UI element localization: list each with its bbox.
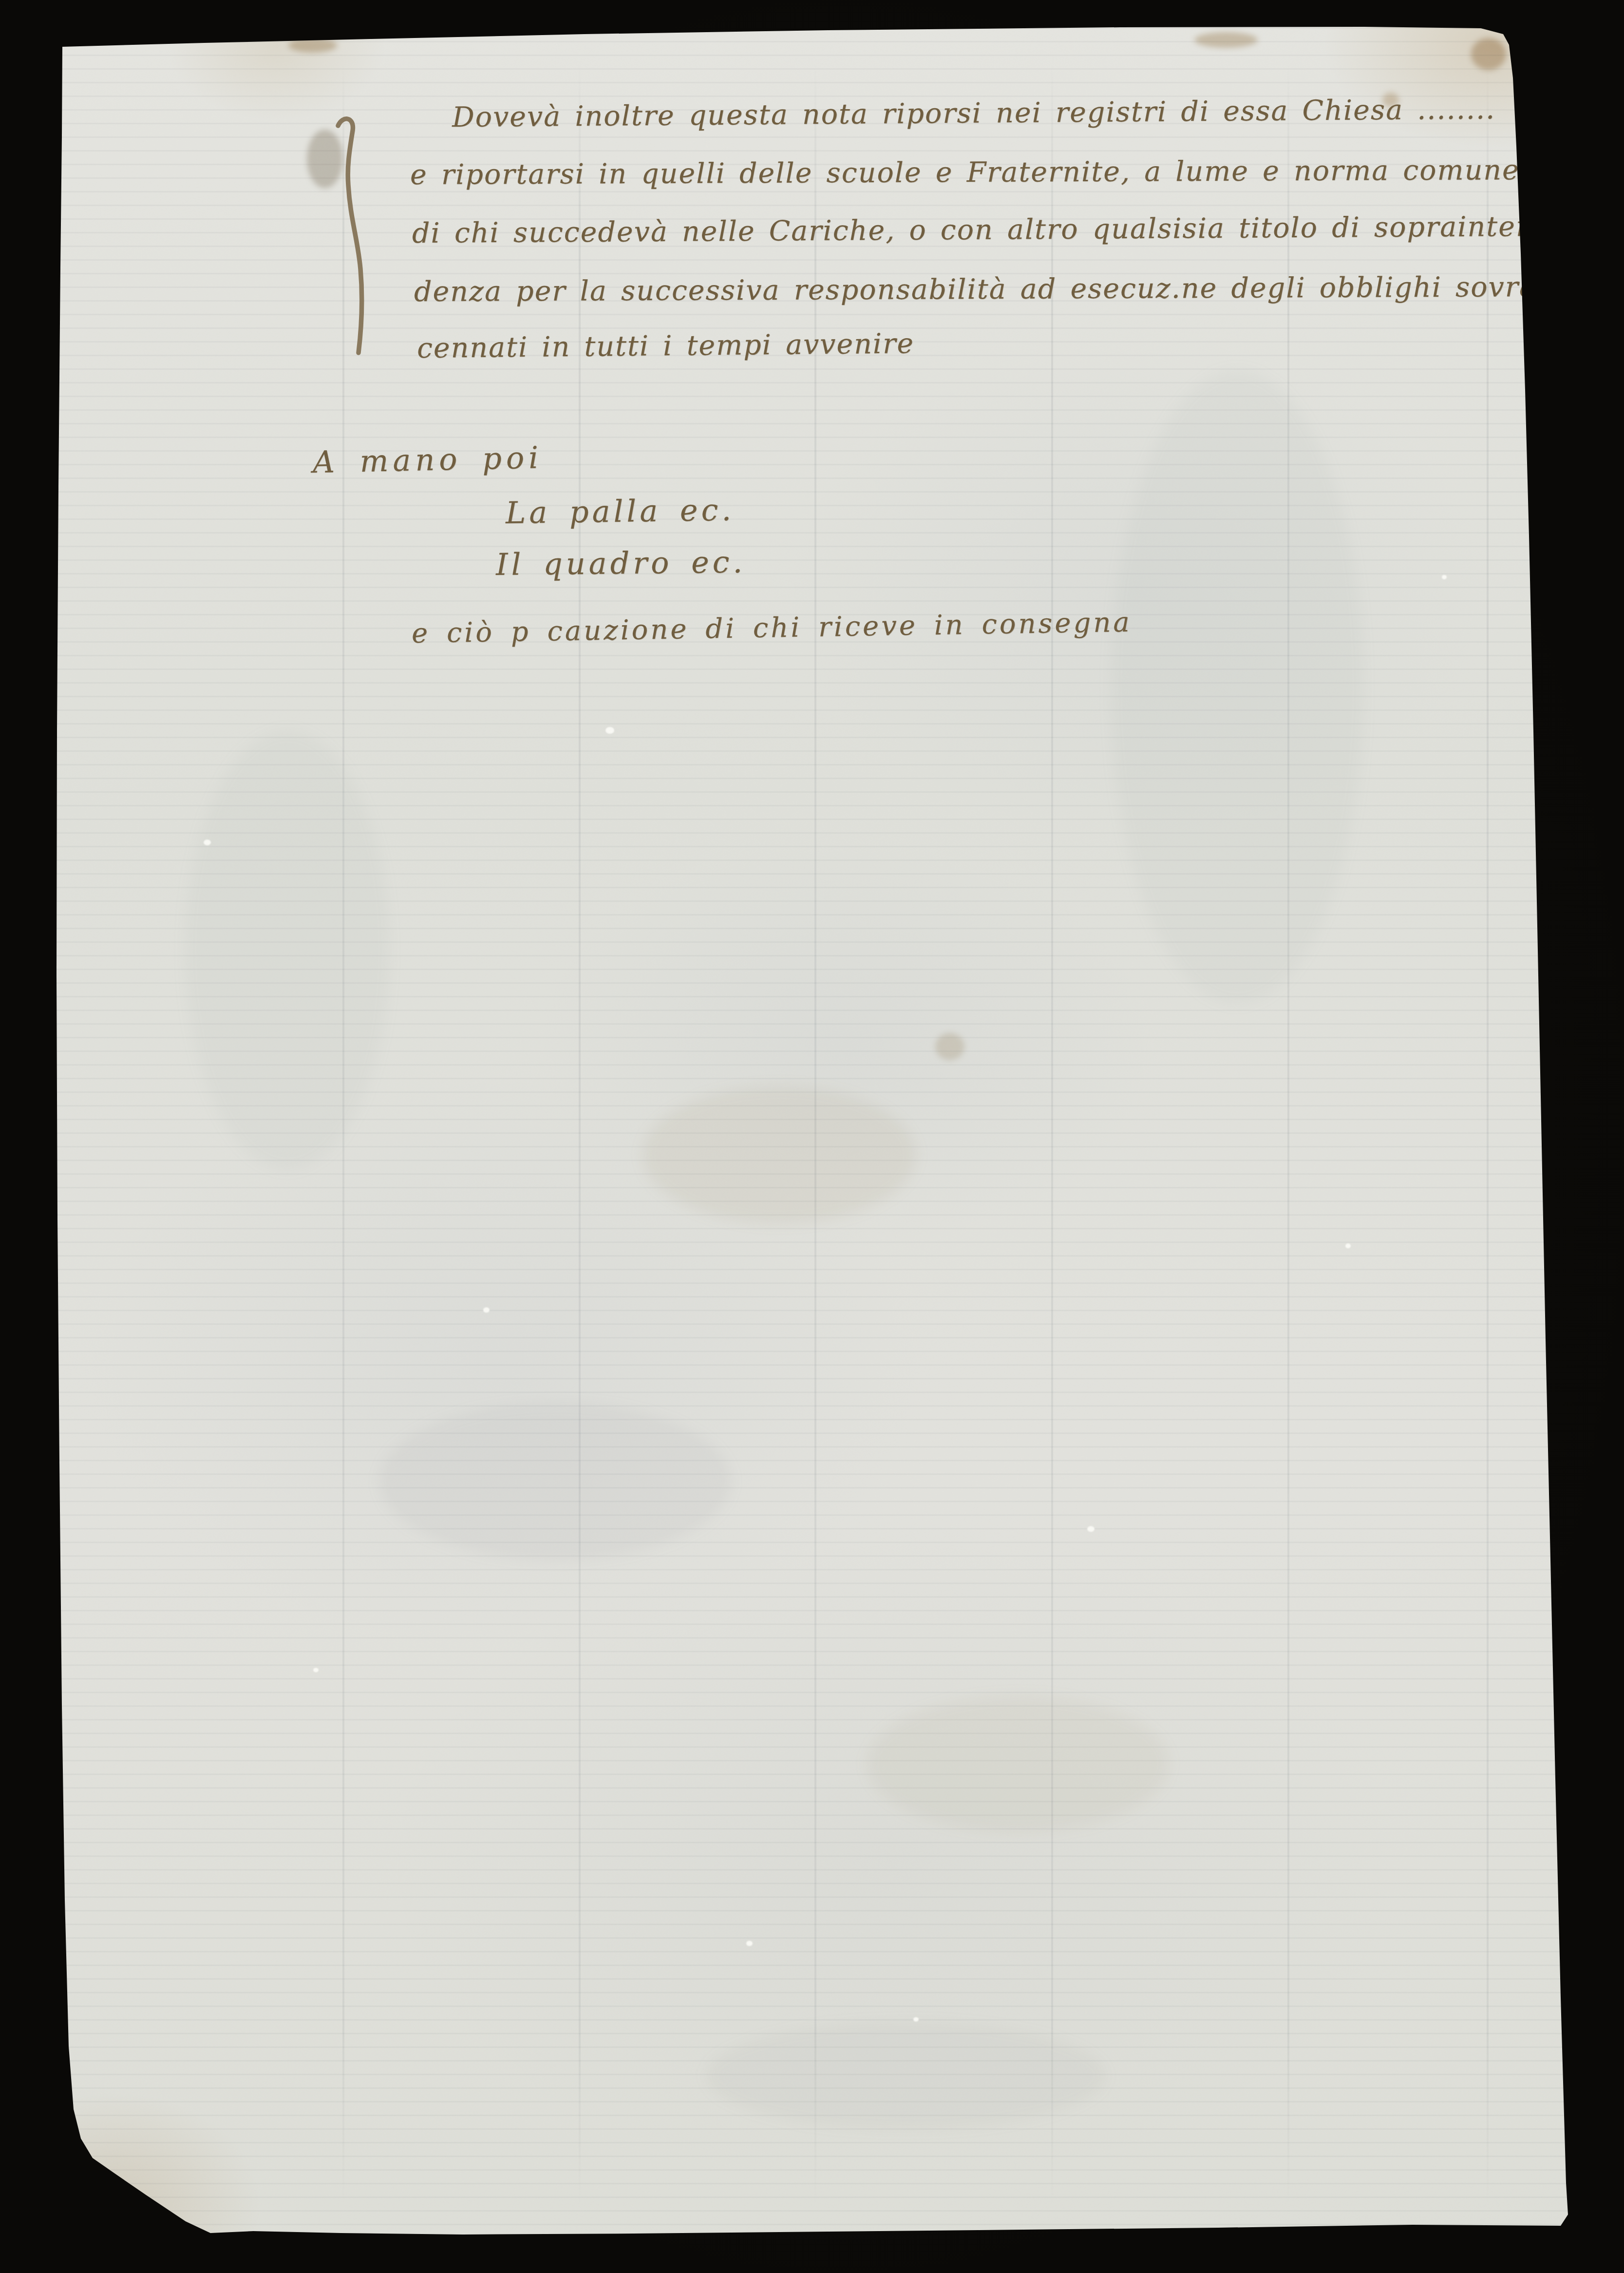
scan-background: Dovevà inoltre questa nota riporsi nei r… [0,0,1624,2273]
paper-edge-vignette [0,0,1624,2273]
manuscript-page: Dovevà inoltre questa nota riporsi nei r… [0,0,1624,2273]
